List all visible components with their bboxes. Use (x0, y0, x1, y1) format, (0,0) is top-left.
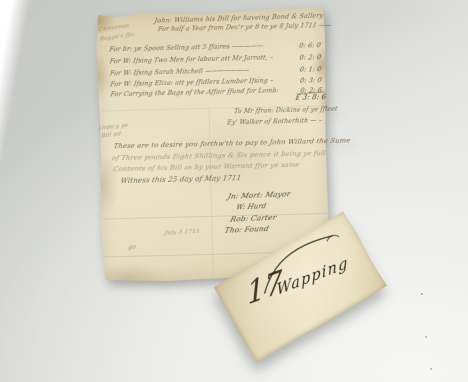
bill-line-amount: 0: 6: 0 (299, 42, 322, 50)
bill-line-amount: 0: 3: 0 (300, 77, 323, 85)
backdrop-speck (430, 368, 432, 370)
backdrop-speck (421, 293, 423, 295)
backdrop-speck (425, 336, 427, 338)
signature: W: Hurd (235, 203, 267, 212)
bill-line-amount: 0: 2: 0 (299, 54, 322, 62)
bill-total: £ 3: 8: 6 (295, 94, 327, 102)
photo-backdrop: Christmas Rogge's ffo: John: Williams hi… (0, 0, 468, 382)
bill-line-amount: 0: 1: 0 (299, 66, 322, 74)
docket-mark: go (128, 245, 137, 252)
